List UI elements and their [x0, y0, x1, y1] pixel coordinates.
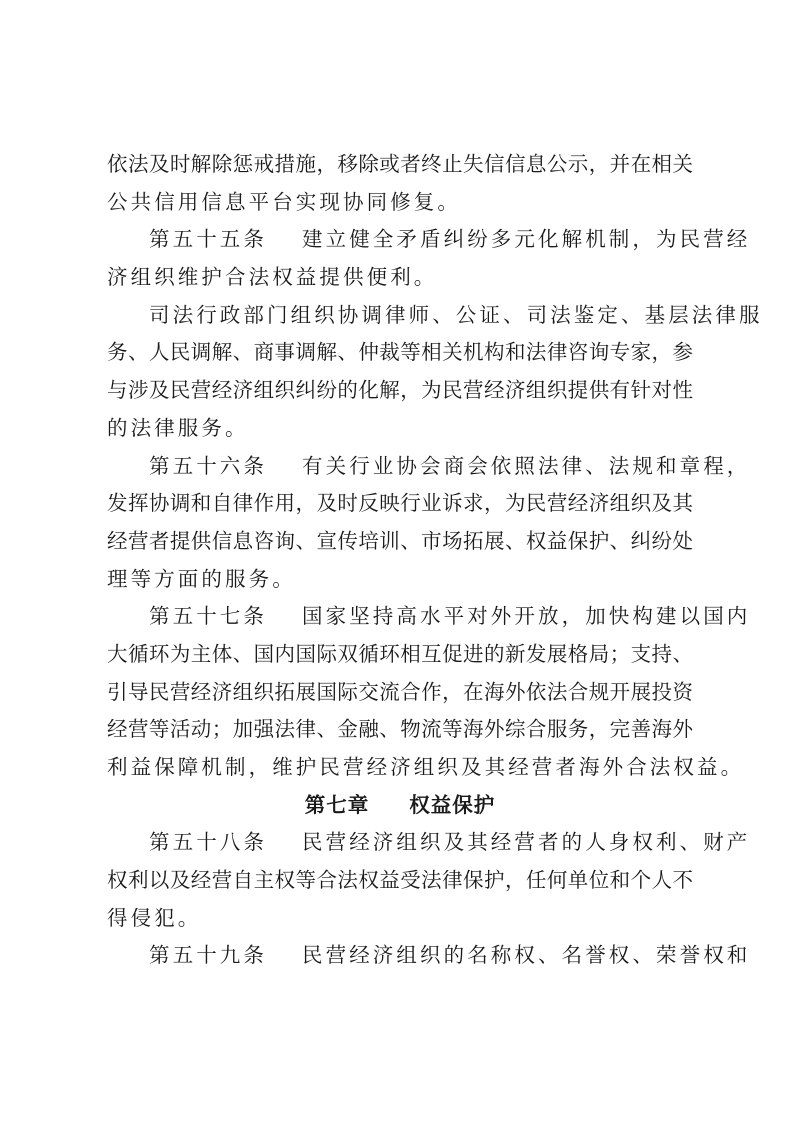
article-number: 第五十六条	[149, 448, 302, 486]
article-57-first-line: 第五十七条国家坚持高水平对外开放，加快构建以国内	[107, 598, 693, 636]
article-text: 有关行业协会商会依照法律、法规和章程，	[302, 454, 750, 478]
chapter-number: 第七章	[305, 793, 370, 817]
paragraph-first-line: 司法行政部门组织协调律师、公证、司法鉴定、基层法律服	[107, 297, 693, 335]
text-line: 经营等活动；加强法律、金融、物流等海外综合服务，完善海外	[107, 711, 693, 749]
text-line: 的法律服务。	[107, 410, 693, 448]
article-text: 建立健全矛盾纠纷多元化解机制，为民营经	[302, 227, 750, 251]
text-line: 与涉及民营经济组织纠纷的化解，为民营经济组织提供有针对性	[107, 372, 693, 410]
text-line: 公共信用信息平台实现协同修复。	[107, 184, 693, 222]
article-number: 第五十九条	[149, 937, 302, 975]
article-text: 民营经济组织的名称权、名誉权、荣誉权和	[302, 943, 750, 967]
text-line: 利益保障机制，维护民营经济组织及其经营者海外合法权益。	[107, 749, 693, 787]
article-59-first-line: 第五十九条民营经济组织的名称权、名誉权、荣誉权和	[107, 937, 693, 975]
text-line: 发挥协调和自律作用，及时反映行业诉求，为民营经济组织及其	[107, 485, 693, 523]
text-line: 务、人民调解、商事调解、仲裁等相关机构和法律咨询专家，参	[107, 334, 693, 372]
text-line: 经营者提供信息咨询、宣传培训、市场拓展、权益保护、纠纷处	[107, 523, 693, 561]
text-line: 依法及时解除惩戒措施，移除或者终止失信信息公示，并在相关	[107, 146, 693, 184]
article-number: 第五十五条	[149, 221, 302, 259]
article-number: 第五十八条	[149, 824, 302, 862]
chapter-title: 权益保护	[409, 793, 495, 817]
text-line: 引导民营经济组织拓展国际交流合作，在海外依法合规开展投资	[107, 674, 693, 712]
article-text: 国家坚持高水平对外开放，加快构建以国内	[302, 604, 750, 628]
article-text: 民营经济组织及其经营者的人身权利、财产	[302, 830, 750, 854]
text-line: 得侵犯。	[107, 900, 693, 938]
text-line: 理等方面的服务。	[107, 561, 693, 599]
article-55-first-line: 第五十五条建立健全矛盾纠纷多元化解机制，为民营经	[107, 221, 693, 259]
text-line: 济组织维护合法权益提供便利。	[107, 259, 693, 297]
article-56-first-line: 第五十六条有关行业协会商会依照法律、法规和章程，	[107, 448, 693, 486]
article-number: 第五十七条	[149, 598, 302, 636]
text-line: 大循环为主体、国内国际双循环相互促进的新发展格局；支持、	[107, 636, 693, 674]
text-line: 权利以及经营自主权等合法权益受法律保护，任何单位和个人不	[107, 862, 693, 900]
article-58-first-line: 第五十八条民营经济组织及其经营者的人身权利、财产	[107, 824, 693, 862]
chapter-heading: 第七章权益保护	[107, 787, 693, 825]
document-page: 依法及时解除惩戒措施，移除或者终止失信信息公示，并在相关 公共信用信息平台实现协…	[107, 146, 693, 975]
